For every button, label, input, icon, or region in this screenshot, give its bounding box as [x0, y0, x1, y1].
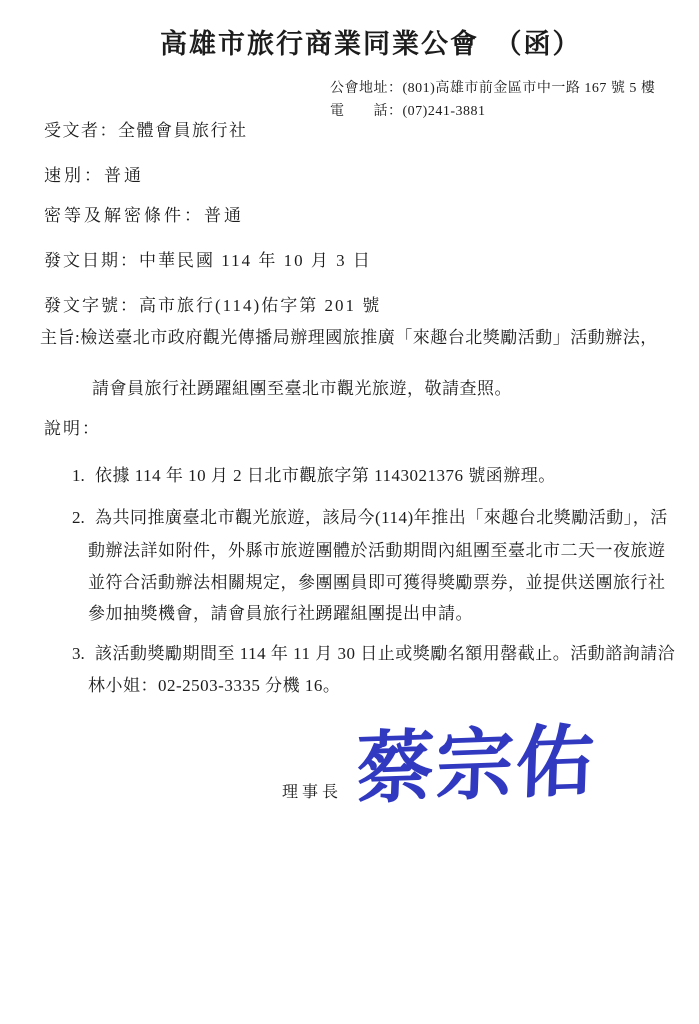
list-item-2-number: 2. — [72, 506, 88, 530]
field-classification: 密等及解密條件：普通 — [44, 204, 244, 228]
list-item-3-text-line-1: 該活動獎勵期間至 114 年 11 月 30 日止或獎勵名額用罄截止。活動諮詢請… — [95, 644, 675, 663]
letter-title: 高雄市旅行商業同業公會 （函） — [160, 26, 582, 62]
subject-line-2: 請會員旅行社踴躍組團至臺北市觀光旅遊，敬請查照。 — [92, 377, 512, 401]
list-item-2-text-line-4: 參加抽獎機會，請會員旅行社踴躍組團提出申請。 — [88, 602, 473, 626]
list-item-3-text-line-2: 林小姐：02-2503-3335 分機 16。 — [88, 674, 340, 698]
subject-line-1: 主旨:檢送臺北市政府觀光傳播局辦理國旅推廣「來趣台北獎勵活動」活動辦法， — [40, 326, 658, 350]
explanation-label: 說明： — [44, 417, 101, 441]
list-item-1-number: 1. — [72, 464, 88, 488]
list-item-3: 3.該活動獎勵期間至 114 年 11 月 30 日止或獎勵名額用罄截止。活動諮… — [72, 642, 675, 666]
chairman-title-label: 理事長 — [282, 781, 342, 805]
official-letter-page: 高雄市旅行商業同業公會 （函） 公會地址：(801)高雄市前金區市中一路 167… — [0, 0, 699, 1024]
list-item-2: 2.為共同推廣臺北市觀光旅遊，該局今(114)年推出「來趣台北獎勵活動」，活 — [72, 506, 668, 530]
field-priority: 速別：普通 — [44, 164, 144, 188]
list-item-1-text: 依據 114 年 10 月 2 日北市觀旅字第 1143021376 號函辦理。 — [95, 466, 556, 485]
list-item-2-text-line-1: 為共同推廣臺北市觀光旅遊，該局今(114)年推出「來趣台北獎勵活動」，活 — [95, 508, 668, 527]
field-recipient: 受文者：全體會員旅行社 — [44, 119, 248, 143]
list-item-1: 1.依據 114 年 10 月 2 日北市觀旅字第 1143021376 號函辦… — [72, 464, 556, 488]
list-item-2-text-line-2: 動辦法詳如附件，外縣市旅遊團體於活動期間內組團至臺北市二天一夜旅遊 — [88, 539, 666, 563]
field-doc-number: 發文字號：高市旅行(114)佑字第 201 號 — [44, 294, 381, 318]
field-issue-date: 發文日期：中華民國 114 年 10 月 3 日 — [44, 249, 372, 273]
association-phone: 電 話：(07)241-3881 — [330, 102, 486, 122]
association-address: 公會地址：(801)高雄市前金區市中一路 167 號 5 樓 — [330, 79, 655, 99]
list-item-3-number: 3. — [72, 642, 88, 666]
list-item-2-text-line-3: 並符合活動辦法相關規定，參團團員即可獲得獎勵票券，並提供送團旅行社 — [88, 571, 666, 595]
chairman-signature: 蔡宗佑 — [354, 714, 597, 819]
